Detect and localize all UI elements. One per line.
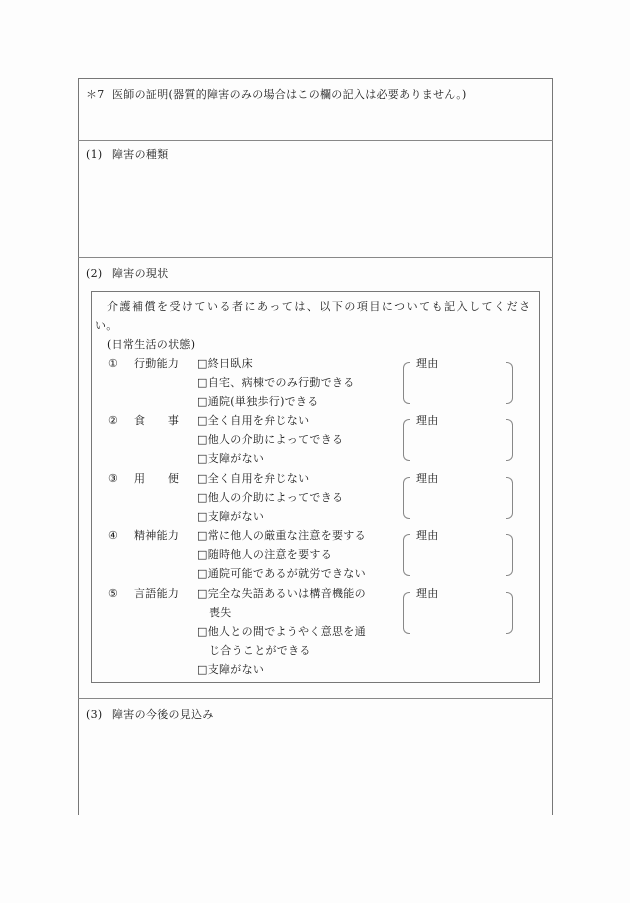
item4-category: 精神能力: [134, 529, 179, 543]
header-title: 医師の証明(器質的障害のみの場合はこの欄の記入は必要ありません。): [112, 88, 467, 102]
item5-option3-checkbox[interactable]: □支障がない: [197, 663, 264, 677]
item3-reason-label: 理由: [416, 472, 439, 486]
bracket-right: [506, 419, 513, 461]
item1-category: 行動能力: [134, 357, 179, 371]
bracket-left: [403, 419, 410, 461]
bracket-left: [403, 534, 410, 576]
item5-option2-checkbox[interactable]: □他人との間でようやく意思を通: [197, 625, 366, 639]
bracket-left: [403, 592, 410, 634]
bracket-right: [506, 477, 513, 519]
item3-reason-field[interactable]: [412, 487, 504, 517]
section3-number: (3): [86, 708, 102, 722]
instruction-line2: い。: [95, 319, 118, 333]
item3-number: ③: [108, 472, 118, 486]
bracket-right: [506, 534, 513, 576]
item4-option3-checkbox[interactable]: □通院可能であるが就労できない: [197, 567, 366, 581]
item1-reason-label: 理由: [416, 357, 439, 371]
item5-option1-continuation: 喪失: [209, 606, 232, 620]
item1-option2-checkbox[interactable]: □自宅、病棟でのみ行動できる: [197, 376, 355, 390]
item2-option2-checkbox[interactable]: □他人の介助によってできる: [197, 433, 343, 447]
item2-option3-checkbox[interactable]: □支障がない: [197, 452, 264, 466]
item5-category: 言語能力: [134, 587, 179, 601]
item4-reason-field[interactable]: [412, 544, 504, 574]
instruction-line1: 介護補償を受けている者にあっては、以下の項目についても記入してくださ: [107, 300, 532, 314]
row-divider: [78, 257, 553, 258]
item2-reason-field[interactable]: [412, 429, 504, 459]
subheading-daily-life: (日常生活の状態): [107, 338, 195, 352]
item1-reason-field[interactable]: [412, 372, 504, 402]
row-divider: [78, 140, 553, 141]
item1-number: ①: [108, 357, 118, 371]
bracket-right: [506, 362, 513, 404]
item5-number: ⑤: [108, 587, 118, 601]
disability-type-field[interactable]: [80, 166, 550, 254]
item2-number: ②: [108, 414, 118, 428]
item5-reason-field[interactable]: [412, 602, 504, 632]
item3-option2-checkbox[interactable]: □他人の介助によってできる: [197, 491, 343, 505]
bracket-right: [506, 592, 513, 634]
header-number: ＊7: [86, 88, 105, 102]
future-prognosis-field[interactable]: [80, 726, 550, 812]
item4-number: ④: [108, 529, 118, 543]
item2-option1-checkbox[interactable]: □全く自用を弁じない: [197, 414, 309, 428]
section2-title: 障害の現状: [112, 267, 169, 281]
item4-option2-checkbox[interactable]: □随時他人の注意を要する: [197, 548, 332, 562]
item3-option1-checkbox[interactable]: □全く自用を弁じない: [197, 472, 309, 486]
item5-option2-continuation: じ合うことができる: [209, 644, 311, 658]
section2-number: (2): [86, 267, 102, 281]
item5-option1-checkbox[interactable]: □完全な失語あるいは構音機能の: [197, 587, 366, 601]
doctor-certificate-field[interactable]: [80, 108, 550, 138]
item5-reason-label: 理由: [416, 587, 439, 601]
row-divider: [78, 698, 553, 699]
item2-reason-label: 理由: [416, 414, 439, 428]
section1-number: (1): [86, 148, 102, 162]
bracket-left: [403, 362, 410, 404]
item1-option3-checkbox[interactable]: □通院(単独歩行)できる: [197, 395, 319, 409]
section1-title: 障害の種類: [112, 148, 169, 162]
item3-category: 用 便: [134, 472, 179, 486]
item2-category: 食 事: [134, 414, 179, 428]
item4-reason-label: 理由: [416, 529, 439, 543]
bracket-left: [403, 477, 410, 519]
item4-option1-checkbox[interactable]: □常に他人の厳重な注意を要する: [197, 529, 366, 543]
section3-title: 障害の今後の見込み: [112, 708, 214, 722]
item3-option3-checkbox[interactable]: □支障がない: [197, 510, 264, 524]
item1-option1-checkbox[interactable]: □終日臥床: [197, 357, 253, 371]
